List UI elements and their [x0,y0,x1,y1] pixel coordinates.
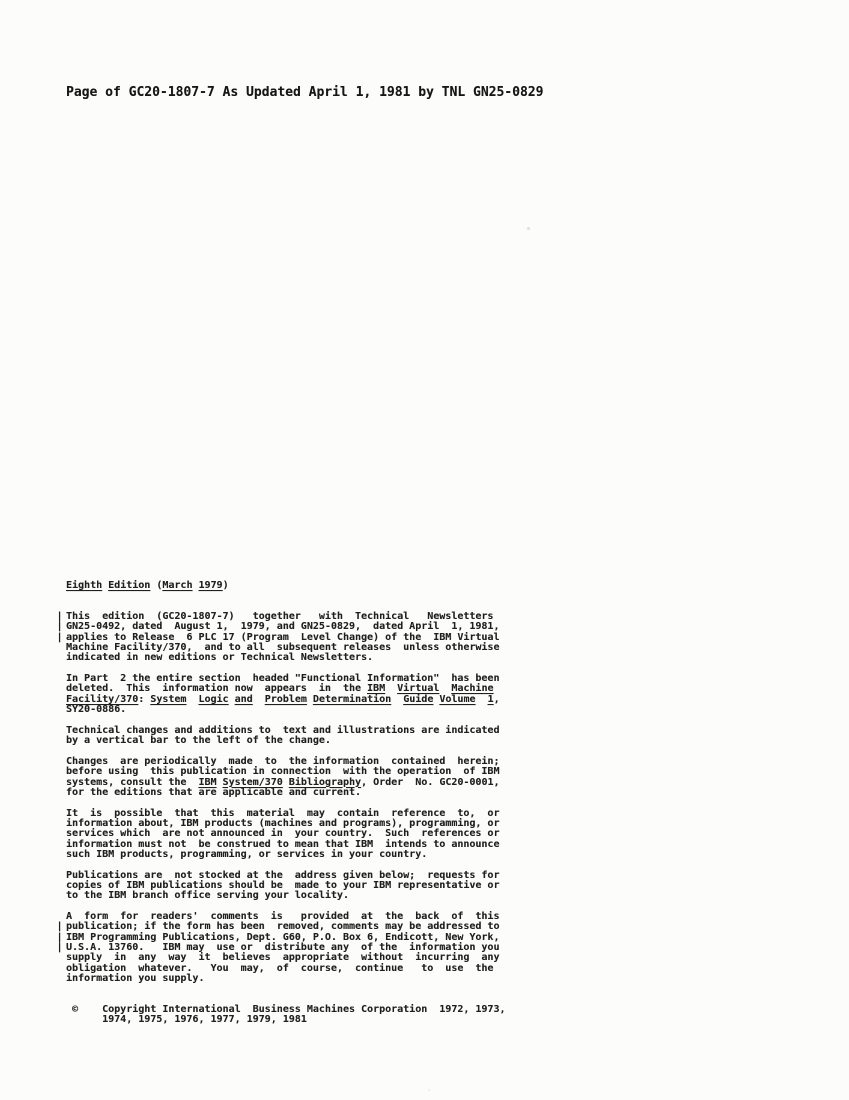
text-line: Facility/370: System Logic and Problem D… [66,695,536,705]
scan-speck [428,1089,430,1091]
text-line: information you supply. [66,974,536,984]
change-bar: | [57,943,63,953]
paragraph-functional-information: In Part 2 the entire section headed "Fun… [66,674,536,715]
text-segment: It is possible that this material may co… [66,808,499,819]
text-segment: ( [150,580,162,591]
underlined-text: Bibliography [289,777,361,788]
text-segment: deleted. This information now appears in… [66,683,367,694]
text-segment: such IBM products, programming, or servi… [66,849,427,860]
underlined-text: Logic [198,694,228,705]
text-segment: supply in any way it believes appropriat… [66,952,499,963]
copyright-notice: © Copyright International Business Machi… [66,1005,536,1026]
underlined-text: Virtual [397,683,439,694]
text-line: by a vertical bar to the left of the cha… [66,736,536,746]
text-segment: publication; if the form has been remove… [66,921,499,932]
paragraph-publications-stock: Publications are not stocked at the addr… [66,871,536,902]
edition-notice-body: Eighth Edition (March 1979)|This edition… [66,581,536,1026]
page-header-tnl-line: Page of GC20-1807-7 As Updated April 1, … [66,85,543,100]
text-line: to the IBM branch office serving your lo… [66,891,536,901]
underlined-text: Problem [265,694,307,705]
text-line: 1974, 1975, 1976, 1977, 1979, 1981 [66,1015,536,1025]
underlined-text: Determination [313,694,391,705]
text-segment [186,694,198,705]
text-segment: Publications are not stocked at the addr… [66,870,499,881]
underlined-text: and [235,694,253,705]
text-segment [476,694,488,705]
text-line: indicated in new editions or Technical N… [66,653,536,663]
underlined-text: System [150,694,186,705]
underlined-text: March [162,580,192,591]
underlined-text: Volume [439,694,475,705]
underlined-text: Eighth [66,580,102,591]
change-bar: | [57,633,63,643]
underlined-text: Machine [451,683,493,694]
text-segment: information must not be construed to mea… [66,839,499,850]
underlined-text: IBM [367,683,385,694]
text-line: such IBM products, programming, or servi… [66,850,536,860]
text-segment: before using this publication in connect… [66,766,499,777]
text-segment: : [138,694,150,705]
text-segment: ) [223,580,229,591]
text-segment: systems, consult the [66,777,198,788]
text-segment: by a vertical bar to the left of the cha… [66,735,331,746]
text-segment: , [494,694,500,705]
text-segment: SY20-0886. [66,704,126,715]
scanned-document-page: Page of GC20-1807-7 As Updated April 1, … [0,0,849,1100]
text-line: SY20-0886. [66,705,536,715]
text-segment [385,683,397,694]
paragraph-readers-comments: A form for readers' comments is provided… [66,912,536,984]
text-segment: information you supply. [66,973,204,984]
text-segment: services which are not announced in your… [66,828,499,839]
text-segment [253,694,265,705]
underlined-text: System/370 [223,777,283,788]
text-segment: GN25-0492, dated August 1, 1979, and GN2… [66,621,499,632]
underlined-text: Guide [403,694,433,705]
text-segment [439,683,451,694]
scan-speck [527,227,530,230]
paragraph-country-availability: It is possible that this material may co… [66,809,536,861]
text-segment [391,694,403,705]
text-segment: 1974, 1975, 1976, 1977, 1979, 1981 [66,1014,307,1025]
underlined-text: Edition [108,580,150,591]
text-segment: for the editions that are applicable and… [66,787,361,798]
paragraph-periodic-changes: Changes are periodically made to the inf… [66,757,536,798]
paragraph-change-bars: Technical changes and additions to text … [66,726,536,747]
underlined-text: 1979 [199,580,223,591]
edition-heading: Eighth Edition (March 1979) [66,581,536,591]
paragraph-edition-applies: |This edition (GC20-1807-7) together wit… [66,612,536,664]
text-segment: indicated in new editions or Technical N… [66,652,373,663]
text-line: for the editions that are applicable and… [66,788,536,798]
text-segment: , Order No. GC20-0001, [361,777,499,788]
text-segment: to the IBM branch office serving your lo… [66,890,349,901]
underlined-text: IBM [198,777,216,788]
text-line: Eighth Edition (March 1979) [66,581,536,591]
